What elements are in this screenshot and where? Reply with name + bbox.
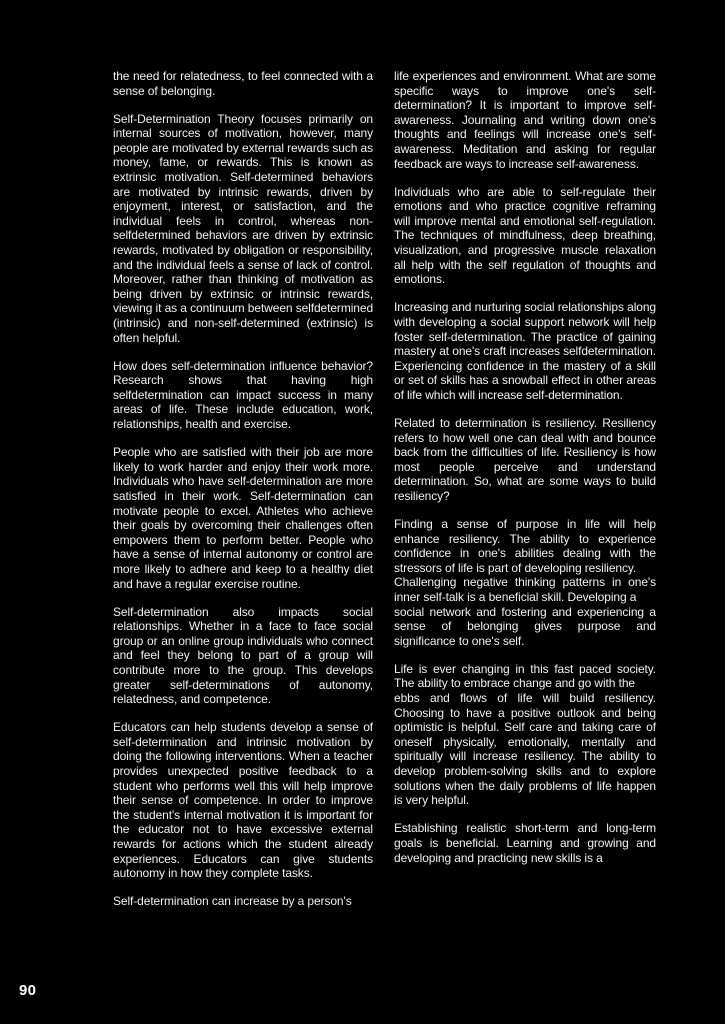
body-paragraph: Establishing realistic short-term and lo… (394, 821, 656, 865)
body-paragraph: Educators can help students develop a se… (113, 720, 373, 881)
body-paragraph: Self-Determination Theory focuses primar… (113, 112, 373, 346)
body-paragraph: Self-determination can increase by a per… (113, 894, 373, 909)
page-number: 90 (19, 982, 36, 999)
body-paragraph: Individuals who are able to self-regulat… (394, 185, 656, 287)
body-paragraph: life experiences and environment. What a… (394, 69, 656, 171)
body-paragraph: How does self-determination influence be… (113, 359, 373, 432)
right-text-column: life experiences and environment. What a… (394, 69, 656, 909)
left-text-column: the need for relatedness, to feel connec… (113, 69, 373, 909)
body-paragraph: Life is ever changing in this fast paced… (394, 662, 656, 808)
body-paragraph: Finding a sense of purpose in life will … (394, 517, 656, 648)
body-paragraph: the need for relatedness, to feel connec… (113, 69, 373, 98)
body-paragraph: People who are satisfied with their job … (113, 445, 373, 591)
body-paragraph: Self-determination also impacts social r… (113, 605, 373, 707)
body-paragraph: Related to determination is resiliency. … (394, 416, 656, 504)
body-paragraph: Increasing and nurturing social relation… (394, 300, 656, 402)
text-columns: the need for relatedness, to feel connec… (113, 69, 656, 909)
document-page: the need for relatedness, to feel connec… (0, 0, 725, 1024)
